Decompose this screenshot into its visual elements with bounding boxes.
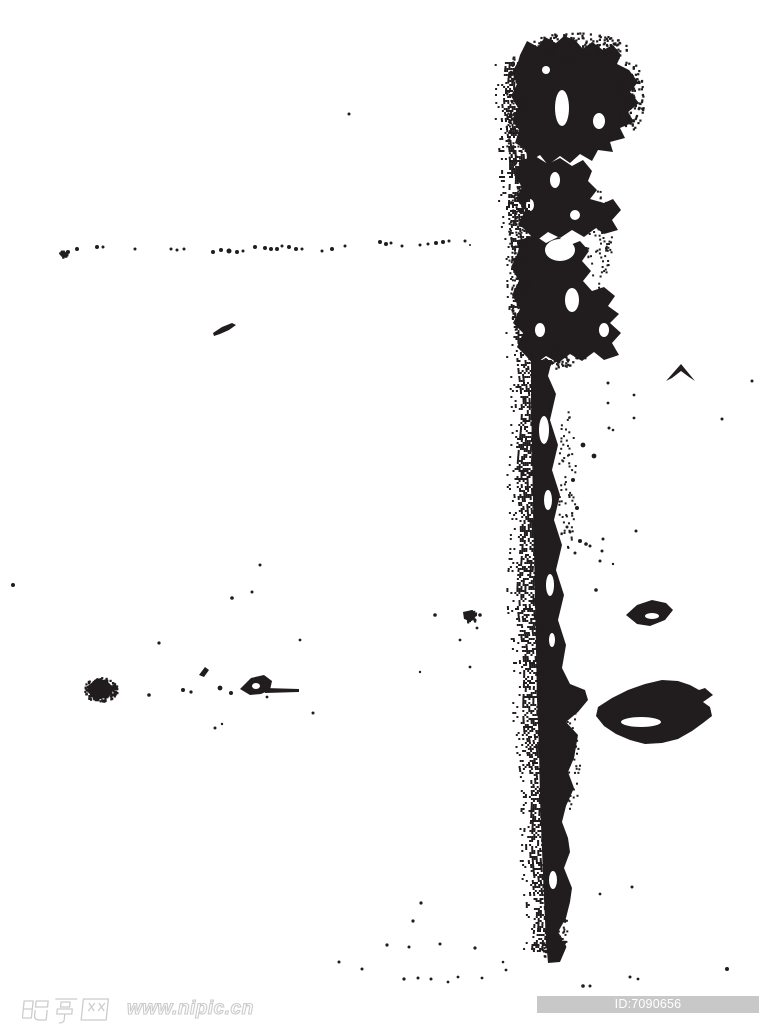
watermark: www.nipic.cn — [22, 993, 254, 1024]
grunge-texture-image — [0, 0, 768, 1024]
watermark-url: www.nipic.cn — [127, 998, 254, 1020]
id-badge: ID:7090656 NO:20200105135821340035 — [537, 996, 759, 1013]
site-logo-glyphs — [22, 993, 118, 1024]
stock-photo-preview: www.nipic.cn ID:7090656 NO:2020010513582… — [0, 0, 768, 1024]
